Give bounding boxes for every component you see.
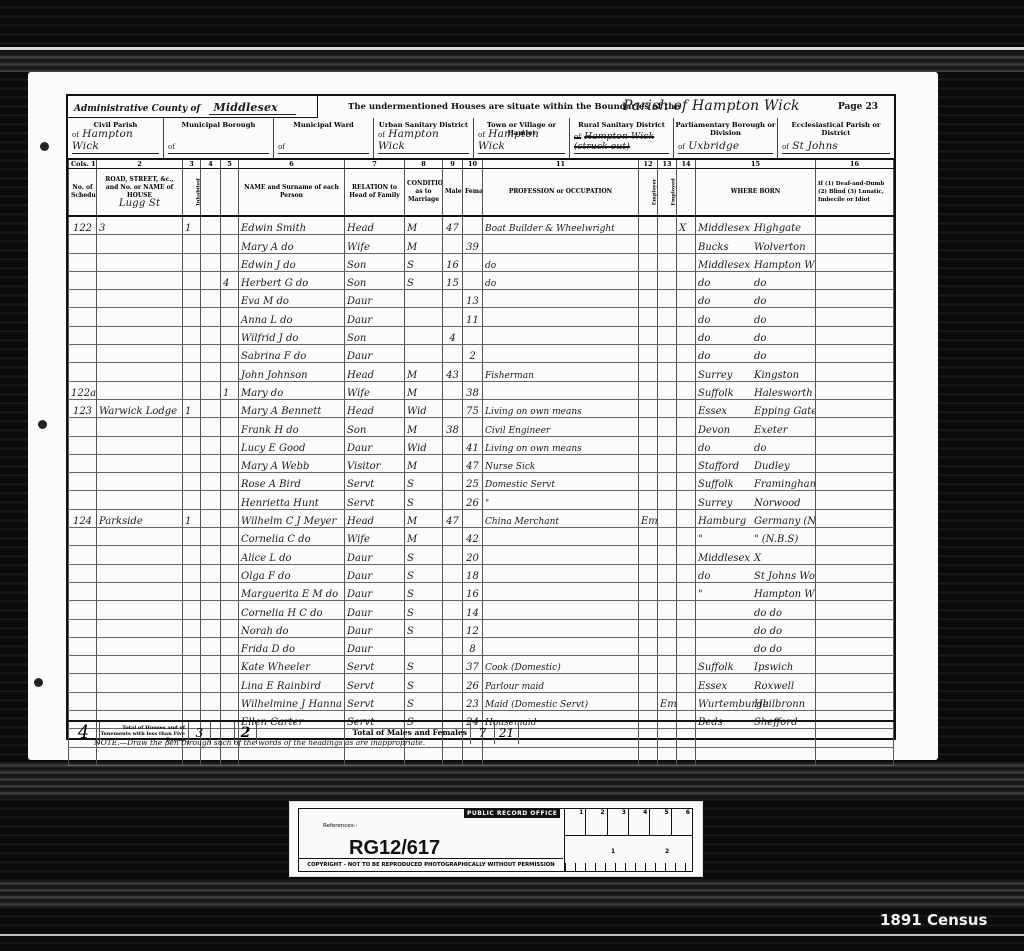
row-female-age: 26 [463,674,483,692]
row-rooms [221,290,239,308]
row-occupation: " [483,491,639,509]
row-uninhabited [201,692,221,710]
row-condition: S [405,564,443,582]
row-condition: S [405,674,443,692]
row-occupation [483,546,639,564]
row-employed [658,601,677,619]
row-neither [677,399,696,417]
row-infirmity [816,509,894,527]
born-county: Surrey [698,498,754,509]
row-employed [658,656,677,674]
row-female-age: 13 [463,290,483,308]
district-value: Hampton Wick [72,128,133,152]
district-value: Hampton Wick [478,128,539,152]
row-employer [639,656,658,674]
row-relation: Servt [345,692,405,710]
table-row: Edwin J doSonS16doMiddlesexHampton Wick [69,253,894,271]
row-condition: M [405,363,443,381]
row-inhabited [183,674,201,692]
row-inhabited [183,747,201,765]
row-employed [658,253,677,271]
born-place: " (N.B.S) [754,534,798,545]
row-employed [658,326,677,344]
row-infirmity [816,436,894,454]
row-male-age: 15 [443,271,463,289]
row-employer [639,290,658,308]
row-rooms [221,253,239,271]
row-male-age: 47 [443,216,463,235]
row-schedule [69,528,97,546]
row-neither [677,473,696,491]
row-name: Frida D do [239,637,345,655]
district-municipal-ward: Municipal Ward of [274,118,374,158]
row-address [97,418,183,436]
table-row: Alice L doDaurS20MiddlesexX [69,546,894,564]
row-employer [639,418,658,436]
row-male-age [443,619,463,637]
punch-hole [38,420,47,429]
row-rooms [221,308,239,326]
row-born-county: WurtemburghHeilbronn [696,692,816,710]
row-condition: S [405,619,443,637]
row-employer [639,582,658,600]
row-occupation: Civil Engineer [483,418,639,436]
row-female-age: 41 [463,436,483,454]
row-schedule: 124 [69,509,97,527]
row-born-county: dodo [696,345,816,363]
scan-band [0,54,1024,72]
row-condition: S [405,692,443,710]
born-county: " [698,534,754,545]
row-infirmity [816,454,894,472]
born-place: Hampton Wick [754,260,816,271]
row-infirmity [816,290,894,308]
row-female-age [463,253,483,271]
row-uninhabited [201,601,221,619]
column-number: 10 [463,160,483,169]
row-employed [658,308,677,326]
row-name: Mary A do [239,235,345,253]
row-born-county: BucksWolverton [696,235,816,253]
row-employer [639,436,658,454]
district-label: Municipal Ward [274,121,373,129]
row-uninhabited [201,747,221,765]
column-number: 8 [405,160,443,169]
row-male-age [443,692,463,710]
district-municipal-borough: Municipal Borough of [164,118,274,158]
row-condition: M [405,381,443,399]
row-uninhabited [201,436,221,454]
row-uninhabited [201,308,221,326]
reference-box: PUBLIC RECORD OFFICE References:- RG12/6… [298,808,693,872]
row-inhabited [183,454,201,472]
header-neither: Neither Employer nor Employed [677,169,696,217]
row-infirmity [816,345,894,363]
table-row: 4Herbert G doSonS15dododo [69,271,894,289]
row-schedule [69,290,97,308]
row-neither [677,436,696,454]
row-employer [639,363,658,381]
district-parliamentary: Parliamentary Borough or Division ofUxbr… [674,118,778,158]
of-label: of [782,143,789,151]
row-rooms [221,418,239,436]
table-row: 123Warwick Lodge1Mary A BennettHeadWid75… [69,399,894,417]
column-number: Cols. 1 [69,160,97,169]
header-relation: RELATION to Head of Family [345,169,405,217]
row-employed [658,436,677,454]
row-condition [405,747,443,765]
row-male-age [443,564,463,582]
row-occupation: Boat Builder & Wheelwright [483,216,639,235]
row-female-age: 11 [463,308,483,326]
row-schedule [69,491,97,509]
row-condition [405,345,443,363]
row-occupation [483,235,639,253]
row-address [97,253,183,271]
row-employed [658,454,677,472]
row-inhabited [183,326,201,344]
row-condition [405,290,443,308]
row-address [97,692,183,710]
row-inhabited: 1 [183,509,201,527]
row-infirmity [816,399,894,417]
row-neither [677,747,696,765]
born-place: Dudley [754,461,790,472]
column-number: 15 [696,160,816,169]
row-employed [658,290,677,308]
row-condition: S [405,253,443,271]
row-employer [639,601,658,619]
born-place: do [754,351,766,362]
header-name: NAME and Surname of each Person [239,169,345,217]
row-uninhabited [201,454,221,472]
row-born-county: HamburgGermany (N.B.S) [696,509,816,527]
born-place: Halesworth [754,388,813,399]
row-born-county: doSt Johns Wood [696,564,816,582]
row-born-county: "Hampton Wick [696,582,816,600]
born-place: Ipswich [754,662,793,673]
row-neither [677,235,696,253]
street-heading: Lugg St [99,200,180,208]
row-condition: M [405,454,443,472]
row-relation: Daur [345,601,405,619]
table-row: Sabrina F doDaur2dodo [69,345,894,363]
row-address [97,564,183,582]
row-uninhabited [201,582,221,600]
born-county: do [698,315,754,326]
row-uninhabited [201,326,221,344]
header-address-label: ROAD, STREET, &c., and No. or NAME of HO… [99,176,180,200]
row-employer [639,345,658,363]
born-place: do [754,278,766,289]
born-county: Middlesex [698,260,754,271]
born-county: Bucks [698,242,754,253]
header-condition: CONDITION as to Marriage [405,169,443,217]
row-uninhabited [201,271,221,289]
row-uninhabited [201,656,221,674]
row-address [97,747,183,765]
row-name: Wilhelm C J Meyer [239,509,345,527]
of-label: of [278,143,285,151]
row-employed [658,674,677,692]
row-infirmity [816,619,894,637]
row-occupation: Living on own means [483,436,639,454]
row-occupation [483,619,639,637]
row-relation: Daur [345,637,405,655]
row-occupation: Domestic Servt [483,473,639,491]
row-rooms [221,656,239,674]
row-relation [345,747,405,765]
row-employed [658,235,677,253]
of-label: of [678,143,685,151]
row-male-age [443,436,463,454]
born-place: do [754,333,766,344]
row-schedule [69,418,97,436]
census-body: 12231Edwin SmithHeadM47Boat Builder & Wh… [69,216,894,765]
row-occupation [483,601,639,619]
row-rooms [221,674,239,692]
row-male-age [443,747,463,765]
born-place: Roxwell [754,681,794,692]
born-county: Devon [698,425,754,436]
row-rooms [221,747,239,765]
row-employer [639,528,658,546]
row-schedule [69,436,97,454]
row-female-age: 75 [463,399,483,417]
header-occupation: PROFESSION or OCCUPATION [483,169,639,217]
row-male-age [443,674,463,692]
born-county: Suffolk [698,662,754,673]
row-name: Sabrina F do [239,345,345,363]
row-occupation: Maid (Domestic Servt) [483,692,639,710]
row-infirmity [816,656,894,674]
row-schedule [69,656,97,674]
row-born-county: "" (N.B.S) [696,528,816,546]
row-address [97,345,183,363]
row-infirmity [816,528,894,546]
row-inhabited [183,235,201,253]
row-rooms [221,528,239,546]
row-neither [677,363,696,381]
row-name: Marguerita E M do [239,582,345,600]
row-inhabited [183,546,201,564]
row-rooms [221,601,239,619]
row-schedule [69,692,97,710]
district-label: Municipal Borough [164,121,273,129]
row-relation: Son [345,418,405,436]
table-row: Kate WheelerServtS37Cook (Domestic)Suffo… [69,656,894,674]
row-inhabited [183,473,201,491]
row-female-age: 23 [463,692,483,710]
district-value: Hampton Wick (struck out) [574,132,654,152]
table-row: Cornelia H C doDaurS14do do [69,601,894,619]
admin-county-label: Administrative County of [74,104,200,114]
row-female-age: 18 [463,564,483,582]
row-neither [677,418,696,436]
row-uninhabited [201,473,221,491]
row-relation: Head [345,509,405,527]
ruler-mark: 1 [611,848,615,855]
ruler-mark: 6 [672,809,693,835]
row-employer [639,381,658,399]
row-neither [677,326,696,344]
of-label: of [168,143,175,151]
row-employed: Emp [658,692,677,710]
row-male-age [443,399,463,417]
row-address [97,454,183,472]
reference-strip: PUBLIC RECORD OFFICE References:- RG12/6… [289,801,703,877]
ruler-mark: 2 [665,848,669,855]
census-table-wrap: Cols. 1 2 3 4 5 6 7 8 9 10 11 12 13 14 [68,160,894,720]
row-schedule [69,326,97,344]
row-neither [677,656,696,674]
row-rooms [221,399,239,417]
row-address [97,326,183,344]
born-place: Norwood [754,498,801,509]
table-row: Lucy E GoodDaurWid41Living on own meansd… [69,436,894,454]
row-uninhabited [201,418,221,436]
row-occupation: Nurse Sick [483,454,639,472]
row-neither [677,308,696,326]
row-born-county: dodo [696,290,816,308]
row-relation: Daur [345,546,405,564]
row-name: Mary do [239,381,345,399]
column-header-row: No. of Schedule ROAD, STREET, &c., and N… [69,169,894,217]
row-male-age: 16 [443,253,463,271]
row-employer [639,692,658,710]
scan-band [0,880,1024,908]
table-row [69,747,894,765]
row-address [97,363,183,381]
row-relation: Son [345,271,405,289]
table-row: Mary A WebbVisitorM47Nurse SickStaffordD… [69,454,894,472]
row-infirmity [816,235,894,253]
table-row: Marguerita E M doDaurS16"Hampton Wick [69,582,894,600]
row-born-county: MiddlesexHighgate [696,216,816,235]
row-male-age [443,491,463,509]
row-employer [639,216,658,235]
header-employed: Employed [658,169,677,217]
born-county: Middlesex [698,223,754,234]
header-employed-label: Employed [670,178,677,205]
row-address [97,436,183,454]
born-county: Suffolk [698,388,754,399]
row-neither [677,564,696,582]
ruler-mark: 4 [629,809,650,835]
district-ecclesiastical: Ecclesiastical Parish or District ofSt J… [778,118,894,158]
row-rooms [221,509,239,527]
born-county: do [698,296,754,307]
row-address [97,381,183,399]
row-name: Edwin J do [239,253,345,271]
public-record-office-label: PUBLIC RECORD OFFICE [464,809,560,818]
row-infirmity [816,674,894,692]
row-name: Edwin Smith [239,216,345,235]
born-place: Highgate [754,223,801,234]
born-county: do [698,443,754,454]
row-infirmity [816,637,894,655]
row-neither [677,619,696,637]
row-name: John Johnson [239,363,345,381]
row-employed [658,637,677,655]
table-row: Lina E RainbirdServtS26Parlour maidEssex… [69,674,894,692]
row-relation: Servt [345,674,405,692]
row-female-age [463,418,483,436]
row-condition [405,308,443,326]
row-name: Wilfrid J do [239,326,345,344]
district-value: St Johns [792,140,838,152]
row-relation: Daur [345,619,405,637]
row-employer [639,271,658,289]
row-schedule [69,747,97,765]
row-inhabited [183,381,201,399]
born-place: Hampton Wick [754,589,816,600]
row-name [239,747,345,765]
row-uninhabited [201,509,221,527]
row-relation: Head [345,216,405,235]
row-inhabited [183,271,201,289]
totals-blank [519,722,894,744]
row-name: Henrietta Hunt [239,491,345,509]
row-male-age [443,308,463,326]
row-name: Cornelia H C do [239,601,345,619]
row-uninhabited [201,363,221,381]
district-civil-parish: Civil Parish ofHampton Wick [68,118,164,158]
row-uninhabited [201,381,221,399]
row-infirmity [816,308,894,326]
total-females: 21 [495,722,519,744]
row-occupation: Cook (Domestic) [483,656,639,674]
row-employer [639,564,658,582]
row-employed [658,582,677,600]
column-number: 3 [183,160,201,169]
header-females: Females [463,169,483,217]
row-inhabited [183,253,201,271]
ruler-top-scale: 1 2 3 4 5 6 [565,809,693,836]
row-infirmity [816,363,894,381]
row-condition: Wid [405,399,443,417]
born-county: do [698,351,754,362]
row-schedule [69,345,97,363]
table-row: Eva M doDaur13dodo [69,290,894,308]
born-place: do [754,443,766,454]
row-relation: Wife [345,528,405,546]
ruler-mark: 1 [565,809,586,835]
census-table: Cols. 1 2 3 4 5 6 7 8 9 10 11 12 13 14 [68,160,894,766]
row-born-county: SuffolkFramingham [696,473,816,491]
row-employed [658,546,677,564]
row-born-county: dodo [696,326,816,344]
row-uninhabited [201,637,221,655]
row-relation: Servt [345,473,405,491]
born-county: do [698,571,754,582]
row-occupation [483,564,639,582]
row-schedule [69,363,97,381]
row-neither [677,546,696,564]
row-employer [639,454,658,472]
born-county: Essex [698,681,754,692]
row-address [97,235,183,253]
row-name: Olga F do [239,564,345,582]
born-place: Framingham [754,479,816,490]
row-condition: Wid [405,436,443,454]
district-label: Ecclesiastical Parish or District [778,121,894,137]
row-male-age [443,454,463,472]
column-number-row: Cols. 1 2 3 4 5 6 7 8 9 10 11 12 13 14 [69,160,894,169]
column-number: 2 [97,160,183,169]
row-schedule [69,637,97,655]
row-relation: Daur [345,290,405,308]
